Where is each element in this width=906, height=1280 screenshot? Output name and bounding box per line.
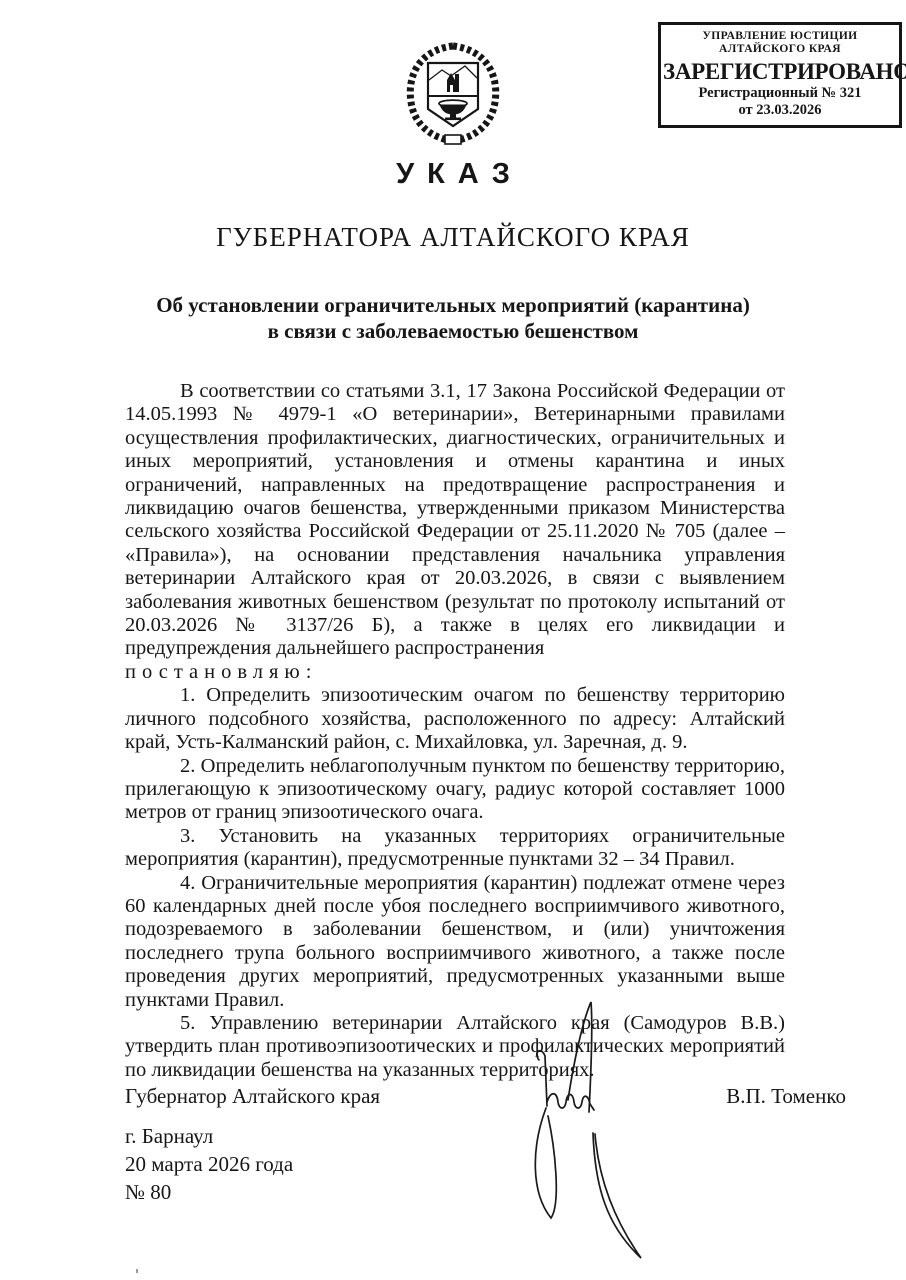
signatory-name: В.П. Томенко xyxy=(726,1084,846,1109)
registration-stamp: УПРАВЛЕНИЕ ЮСТИЦИИ АЛТАЙСКОГО КРАЯ ЗАРЕГ… xyxy=(658,22,902,128)
subject-line-2: в связи с заболеваемостью бешенством xyxy=(123,318,783,344)
issuance-city: г. Барнаул xyxy=(125,1122,293,1150)
decree-item-1: 1. Определить эпизоотическим очагом по б… xyxy=(125,684,785,754)
decree-item-4: 4. Ограничительные мероприятия (карантин… xyxy=(125,872,785,1012)
preamble-paragraph: В соответствии со статьями 3.1, 17 Закон… xyxy=(125,380,785,661)
handwritten-signature-icon xyxy=(495,998,655,1266)
stamp-org-line1: УПРАВЛЕНИЕ ЮСТИЦИИ xyxy=(663,30,897,43)
subject-line-1: Об установлении ограничительных мероприя… xyxy=(123,292,783,318)
stamp-registration-number: Регистрационный № 321 xyxy=(663,85,897,102)
decree-document-page: УПРАВЛЕНИЕ ЮСТИЦИИ АЛТАЙСКОГО КРАЯ ЗАРЕГ… xyxy=(0,0,906,1280)
document-subject: Об установлении ограничительных мероприя… xyxy=(123,292,783,344)
signatory-position-title: Губернатор Алтайского края xyxy=(125,1084,380,1109)
issuance-details: г. Барнаул 20 марта 2026 года № 80 xyxy=(125,1122,293,1206)
decree-item-3: 3. Установить на указанных территориях о… xyxy=(125,825,785,872)
decree-body: В соответствии со статьями 3.1, 17 Закон… xyxy=(125,380,785,1082)
scan-artifact-speck xyxy=(136,1269,138,1273)
stamp-registered-label: ЗАРЕГИСТРИРОВАНО xyxy=(663,59,897,85)
document-type-title: УКАЗ xyxy=(0,158,906,191)
issuance-date: 20 марта 2026 года xyxy=(125,1150,293,1178)
issuing-authority-title: ГУБЕРНАТОРА АЛТАЙСКОГО КРАЯ xyxy=(0,222,906,253)
decree-item-5: 5. Управлению ветеринарии Алтайского кра… xyxy=(125,1012,785,1082)
altai-krai-coat-of-arms-icon xyxy=(395,40,511,146)
stamp-org-line2: АЛТАЙСКОГО КРАЯ xyxy=(663,43,897,56)
resolve-word: постановляю: xyxy=(125,661,785,684)
decree-item-2: 2. Определить неблагополучным пунктом по… xyxy=(125,755,785,825)
stamp-registration-date: от 23.03.2026 xyxy=(663,102,897,119)
document-number: № 80 xyxy=(125,1178,293,1206)
